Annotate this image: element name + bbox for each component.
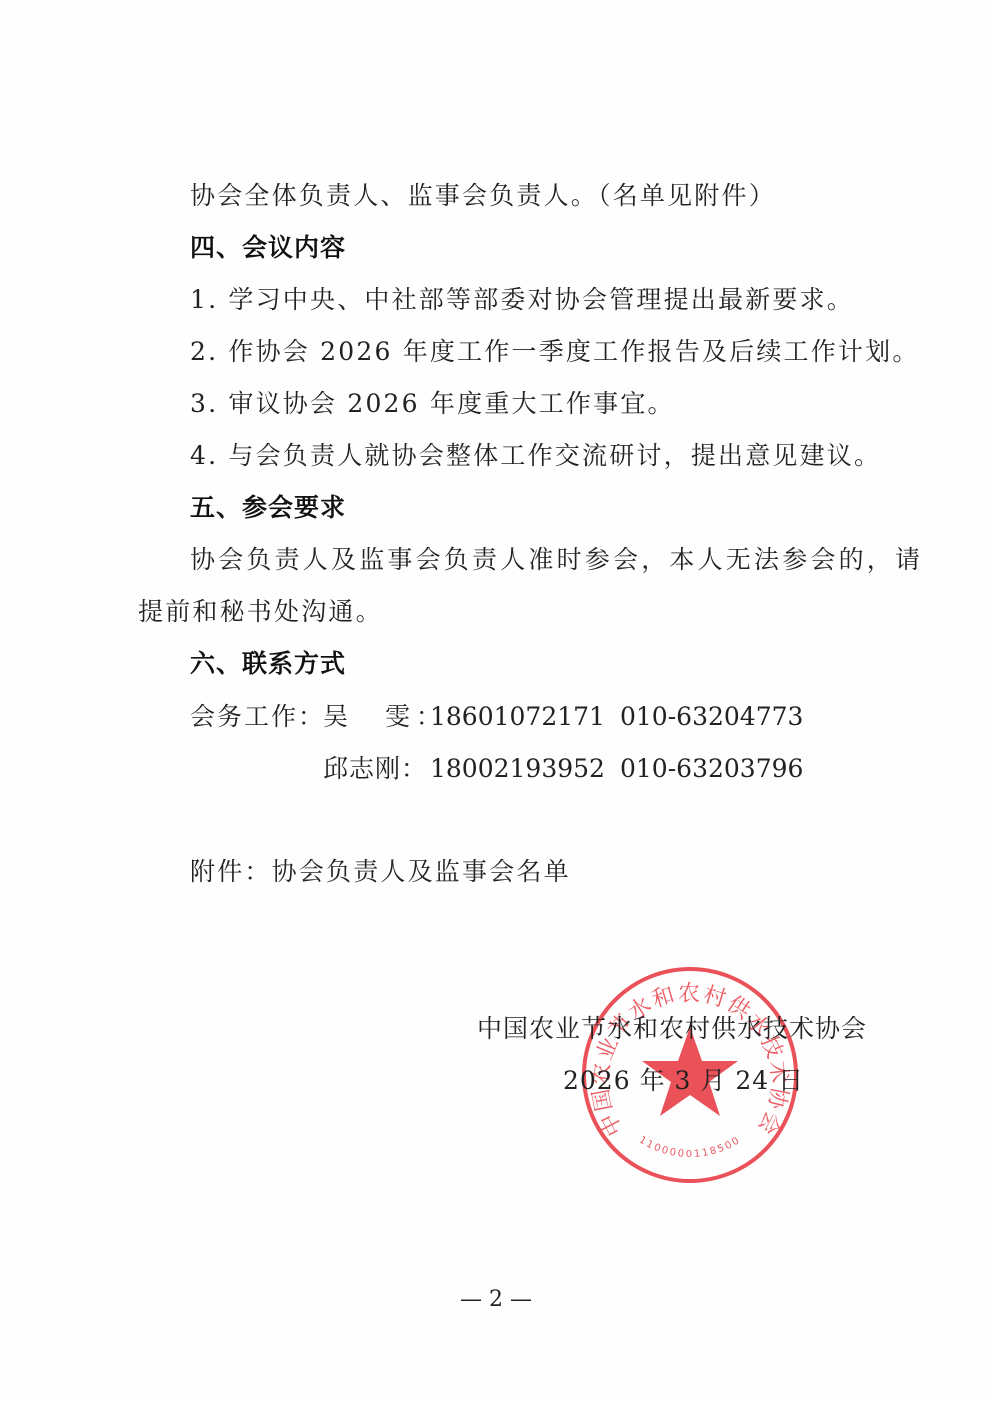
signature-organization: 中国农业节水和农村供水技术协会: [477, 1014, 867, 1044]
section-heading-meeting-content: 四、会议内容: [190, 233, 346, 263]
contact-name: 邱志刚：: [323, 754, 427, 784]
agenda-item-4: 4. 与会负责人就协会整体工作交流研讨，提出意见建议。: [190, 441, 881, 471]
page-number: — 2 —: [0, 1287, 992, 1312]
contact-name: 吴 雯：: [323, 702, 447, 732]
contact-mobile: 18601072171: [430, 702, 605, 732]
contact-row-1: 会务工作： 吴 雯： 18601072171 010-63204773: [190, 702, 890, 732]
agenda-item-1: 1. 学习中央、中社部等部委对协会管理提出最新要求。: [190, 285, 854, 315]
attendance-paragraph-line-1: 协会负责人及监事会负责人准时参会，本人无法参会的，请: [190, 545, 923, 575]
seal-code: 1100000118500: [637, 1135, 743, 1160]
document-page: 协会全体负责人、监事会负责人。（名单见附件） 四、会议内容 1. 学习中央、中社…: [0, 0, 992, 1403]
contact-phone: 010-63203796: [620, 754, 803, 784]
attendance-paragraph-line-2: 提前和秘书处沟通。: [138, 597, 383, 627]
svg-text:1100000118500: 1100000118500: [637, 1135, 743, 1160]
section-heading-attendance-requirements: 五、参会要求: [190, 493, 346, 523]
contact-label: 会务工作：: [190, 702, 325, 732]
agenda-item-3: 3. 审议协会 2026 年度重大工作事宜。: [190, 389, 675, 419]
contact-mobile: 18002193952: [430, 754, 605, 784]
intro-line: 协会全体负责人、监事会负责人。（名单见附件）: [190, 181, 776, 211]
contact-phone: 010-63204773: [620, 702, 803, 732]
section-heading-contact: 六、联系方式: [190, 649, 346, 679]
attachment-note: 附件：协会负责人及监事会名单: [190, 857, 571, 887]
agenda-item-2: 2. 作协会 2026 年度工作一季度工作报告及后续工作计划。: [190, 337, 920, 367]
contact-row-2: 邱志刚： 18002193952 010-63203796: [190, 754, 890, 784]
signature-date: 2026 年 3 月 24 日: [563, 1066, 804, 1096]
